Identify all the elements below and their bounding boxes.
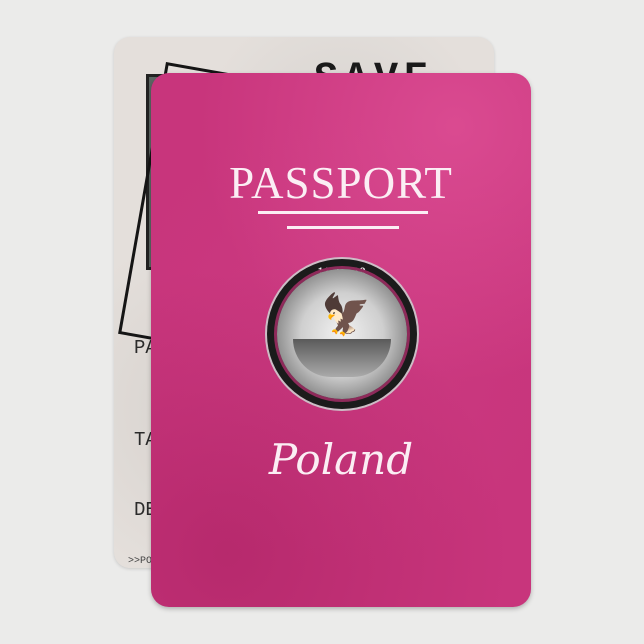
- passport-title: PASSPORT: [151, 157, 531, 209]
- seal-emblem: 🦅: [277, 269, 407, 399]
- eagle-icon: 🦅: [321, 291, 371, 338]
- landscape-illustration: [293, 339, 391, 377]
- country-name: Poland: [151, 435, 531, 484]
- mrz-line: >>PO: [128, 556, 152, 567]
- national-seal: 11.15.29 🦅: [267, 259, 417, 409]
- passport-cover: PASSPORT 11.15.29 🦅 Poland: [151, 73, 531, 607]
- title-underline-long: [258, 211, 428, 214]
- title-underline-short: [287, 226, 399, 229]
